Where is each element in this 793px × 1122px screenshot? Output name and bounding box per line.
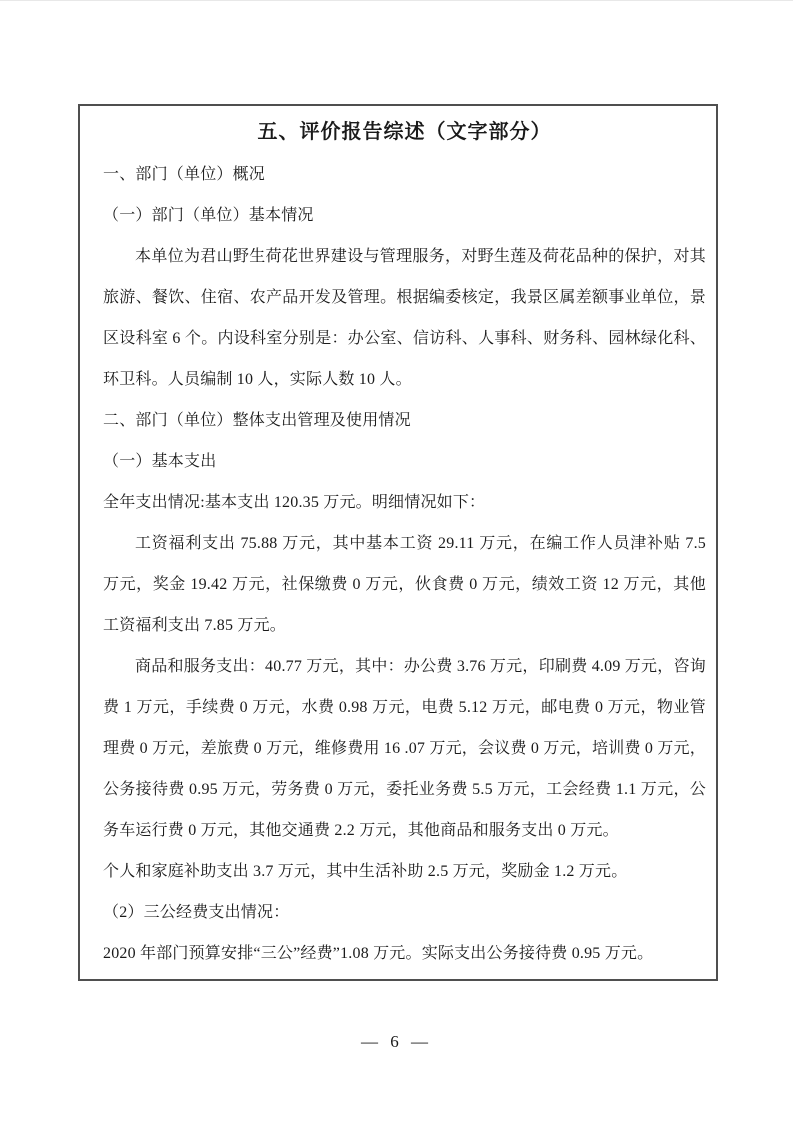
report-text-section-frame: 五、评价报告综述（文字部分） 一、部门（单位）概况（一）部门（单位）基本情况本单…: [78, 104, 718, 981]
paragraph: 2020 年部门预算安排“三公”经费”1.08 万元。实际支出公务接待费 0.9…: [103, 933, 706, 974]
paragraph: （2）三公经费支出情况：: [103, 892, 706, 933]
paragraph: （一）部门（单位）基本情况: [103, 195, 706, 236]
paragraph: 商品和服务支出：40.77 万元，其中：办公费 3.76 万元，印刷费 4.09…: [103, 646, 706, 851]
section-title: 五、评价报告综述（文字部分）: [103, 108, 706, 154]
page-number: — 6 —: [0, 1027, 793, 1057]
paragraph: 全年支出情况:基本支出 120.35 万元。明细情况如下：: [103, 482, 706, 523]
paragraph: 一、部门（单位）概况: [103, 154, 706, 195]
paragraph: 本单位为君山野生荷花世界建设与管理服务，对野生莲及荷花品种的保护，对其旅游、餐饮…: [103, 236, 706, 400]
document-page: 五、评价报告综述（文字部分） 一、部门（单位）概况（一）部门（单位）基本情况本单…: [0, 0, 793, 1122]
document-body: 一、部门（单位）概况（一）部门（单位）基本情况本单位为君山野生荷花世界建设与管理…: [103, 154, 706, 974]
paragraph: 个人和家庭补助支出 3.7 万元，其中生活补助 2.5 万元，奖励金 1.2 万…: [103, 851, 706, 892]
paragraph: 二、部门（单位）整体支出管理及使用情况: [103, 400, 706, 441]
paragraph: 工资福利支出 75.88 万元，其中基本工资 29.11 万元，在编工作人员津补…: [103, 523, 706, 646]
paragraph: （一）基本支出: [103, 441, 706, 482]
